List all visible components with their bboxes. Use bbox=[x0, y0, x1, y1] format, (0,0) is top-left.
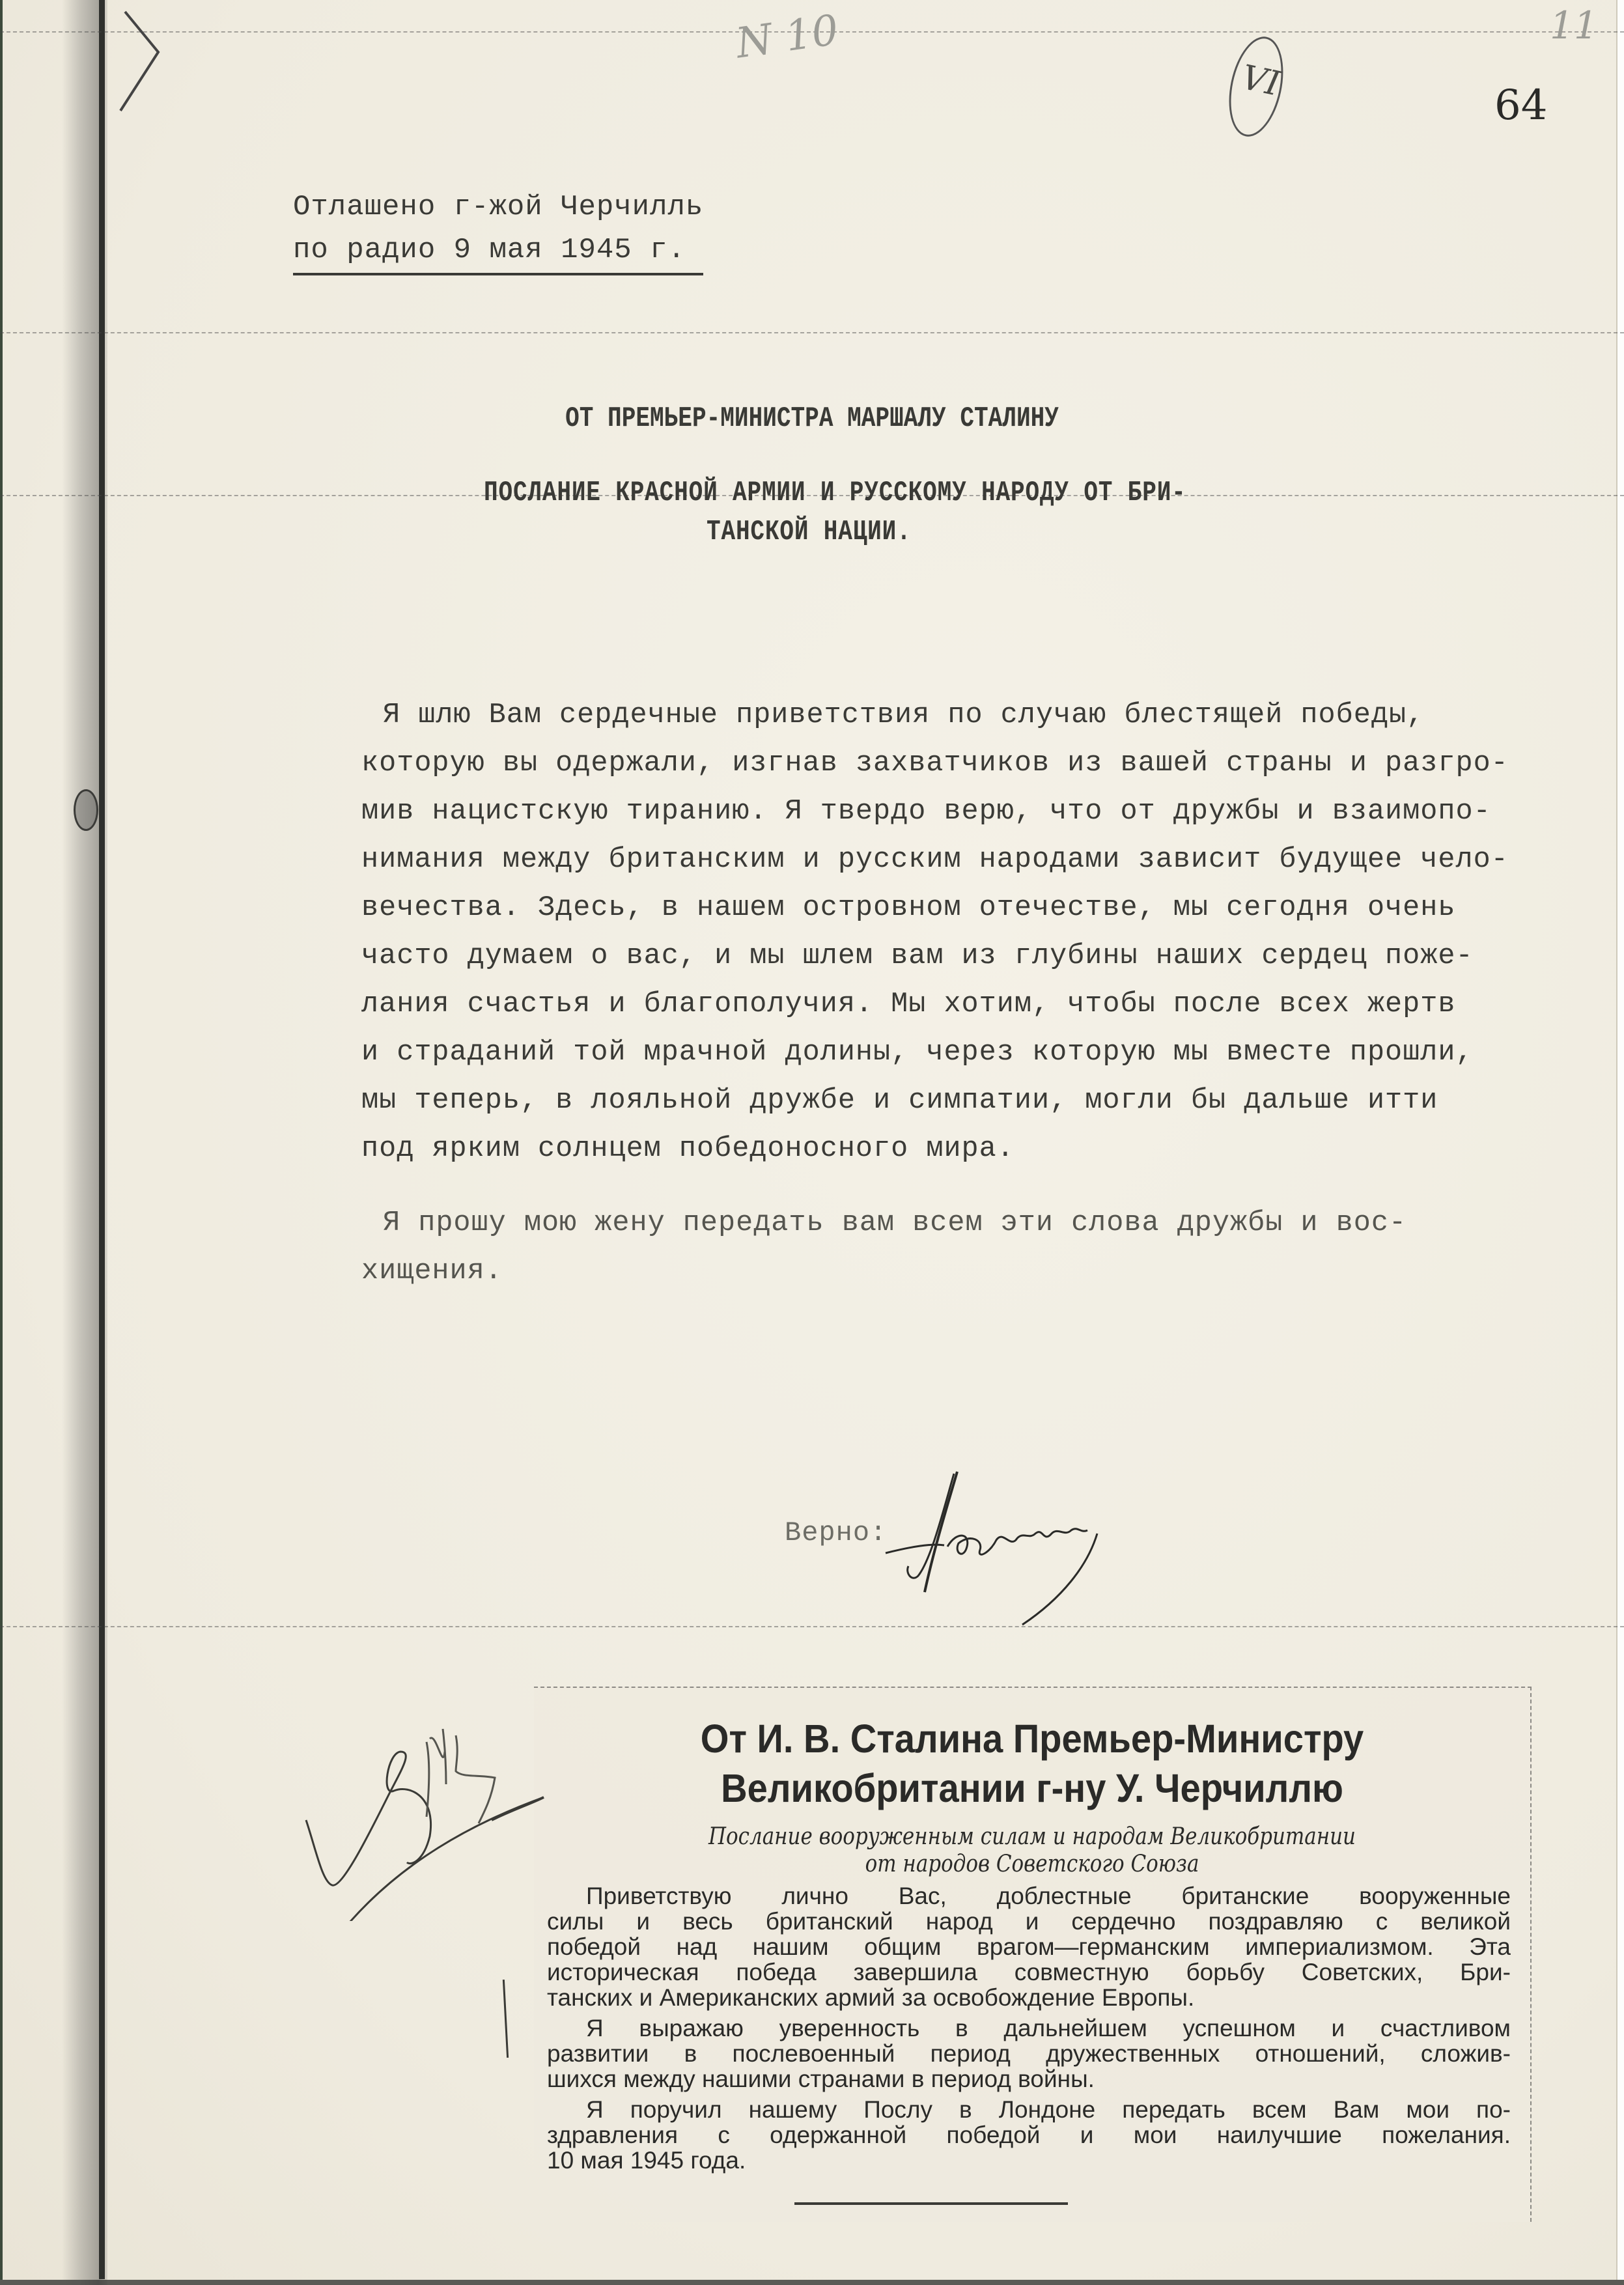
clipping-line: историческая победа завершила совместную… bbox=[547, 1959, 1511, 1985]
clipping-title-line-2: Великобритании г-ну У. Черчиллю bbox=[574, 1765, 1491, 1812]
broadcast-note-line-2: по радио 9 мая 1945 г. bbox=[293, 229, 703, 275]
body-line: мы теперь, в лояльной дружбе и симпатии,… bbox=[361, 1077, 1547, 1125]
document-title-line-3: ТАНСКОЙ НАЦИИ. bbox=[707, 516, 912, 548]
body-line: Я прошу мою жену передать вам всем эти с… bbox=[361, 1199, 1547, 1248]
clipping-body: Приветствую лично Вас, доблестные британ… bbox=[547, 1883, 1511, 2178]
broadcast-note: Отлашено г-жой Черчилль по радио 9 мая 1… bbox=[293, 186, 703, 275]
clipping-line: шихся между нашими странами в период вой… bbox=[547, 2066, 1511, 2092]
corner-fold-mark bbox=[107, 0, 173, 117]
clipping-line: Я выражаю уверенность в дальнейшем успеш… bbox=[547, 2015, 1511, 2041]
body-line: Я шлю Вам сердечные приветствия по случа… bbox=[361, 692, 1547, 740]
attestation-label: Верно: bbox=[785, 1517, 887, 1549]
clipping-line: здравления с одержанной победой и мои на… bbox=[547, 2122, 1511, 2148]
clipping-subtitle-line-1: Послание вооруженным силам и народам Вел… bbox=[604, 1823, 1461, 1851]
newspaper-clipping: От И. В. Сталина Премьер-Министру Велико… bbox=[534, 1687, 1532, 2222]
clipping-line: танских и Американских армий за освобожд… bbox=[547, 1985, 1511, 2010]
clipping-line: Я поручил нашему Послу в Лондоне передат… bbox=[547, 2097, 1511, 2122]
document-title-line-2: ПОСЛАНИЕ КРАСНОЙ АРМИИ И РУССКОМУ НАРОДУ… bbox=[484, 477, 1186, 509]
clipping-paragraph-2: Я выражаю уверенность в дальнейшем успеш… bbox=[547, 2015, 1511, 2092]
top-right-pencil-number: 11 bbox=[1550, 3, 1598, 48]
scan-bottom-edge bbox=[0, 2280, 1624, 2285]
clipping-line: победой над нашим общим врагом—германски… bbox=[547, 1934, 1511, 1959]
scan-left-edge bbox=[0, 0, 3, 2285]
clipping-line: Приветствую лично Вас, доблестные британ… bbox=[547, 1883, 1511, 1909]
clipping-line: развитии в послевоенный период дружестве… bbox=[547, 2041, 1511, 2066]
punch-hole bbox=[74, 789, 98, 831]
scan-right-edge bbox=[1616, 0, 1624, 2285]
copy-artifact-line bbox=[0, 1626, 1624, 1627]
document-title-line-1: ОТ ПРЕМЬЕР-МИНИСТРА МАРШАЛУ СТАЛИНУ bbox=[146, 402, 1477, 435]
clipping-paragraph-1: Приветствую лично Вас, доблестные британ… bbox=[547, 1883, 1511, 2010]
signature-afanasyev bbox=[873, 1468, 1179, 1631]
body-line: которую вы одержали, изгнав захватчиков … bbox=[361, 740, 1547, 788]
body-line: вечества. Здесь, в нашем островном отече… bbox=[361, 884, 1547, 932]
clipping-line: силы и весь британский народ и сердечно … bbox=[547, 1909, 1511, 1934]
clipping-paragraph-3: Я поручил нашему Послу в Лондоне передат… bbox=[547, 2097, 1511, 2173]
binding-stitch-line bbox=[99, 0, 105, 2279]
body-line: хищения. bbox=[361, 1248, 1547, 1296]
margin-initials-annotation bbox=[296, 1693, 589, 1921]
body-line: мив нацистскую тиранию. Я твердо верю, ч… bbox=[361, 788, 1547, 836]
body-line: и страданий той мрачной долины, через ко… bbox=[361, 1029, 1547, 1077]
broadcast-note-line-1: Отлашено г-жой Черчилль bbox=[293, 186, 703, 229]
body-line: лания счастья и благополучия. Мы хотим, … bbox=[361, 981, 1547, 1029]
folio-number: 64 bbox=[1494, 81, 1547, 130]
clipping-title-line-1: От И. В. Сталина Премьер-Министру bbox=[574, 1715, 1491, 1762]
copy-artifact-line bbox=[0, 332, 1624, 333]
body-line: под ярким солнцем победоносного мира. bbox=[361, 1125, 1547, 1173]
body-line: часто думаем о вас, и мы шлем вам из глу… bbox=[361, 932, 1547, 981]
clipping-subtitle-line-2: от народов Советского Союза bbox=[604, 1851, 1461, 1878]
message-body: Я шлю Вам сердечные приветствия по случа… bbox=[361, 692, 1547, 1296]
clipping-line: 10 мая 1945 года. bbox=[547, 2148, 1511, 2173]
circled-roman-numeral: VI bbox=[1238, 58, 1283, 104]
clipping-end-rule bbox=[794, 2202, 1068, 2205]
body-line: нимания между британским и русским народ… bbox=[361, 836, 1547, 884]
